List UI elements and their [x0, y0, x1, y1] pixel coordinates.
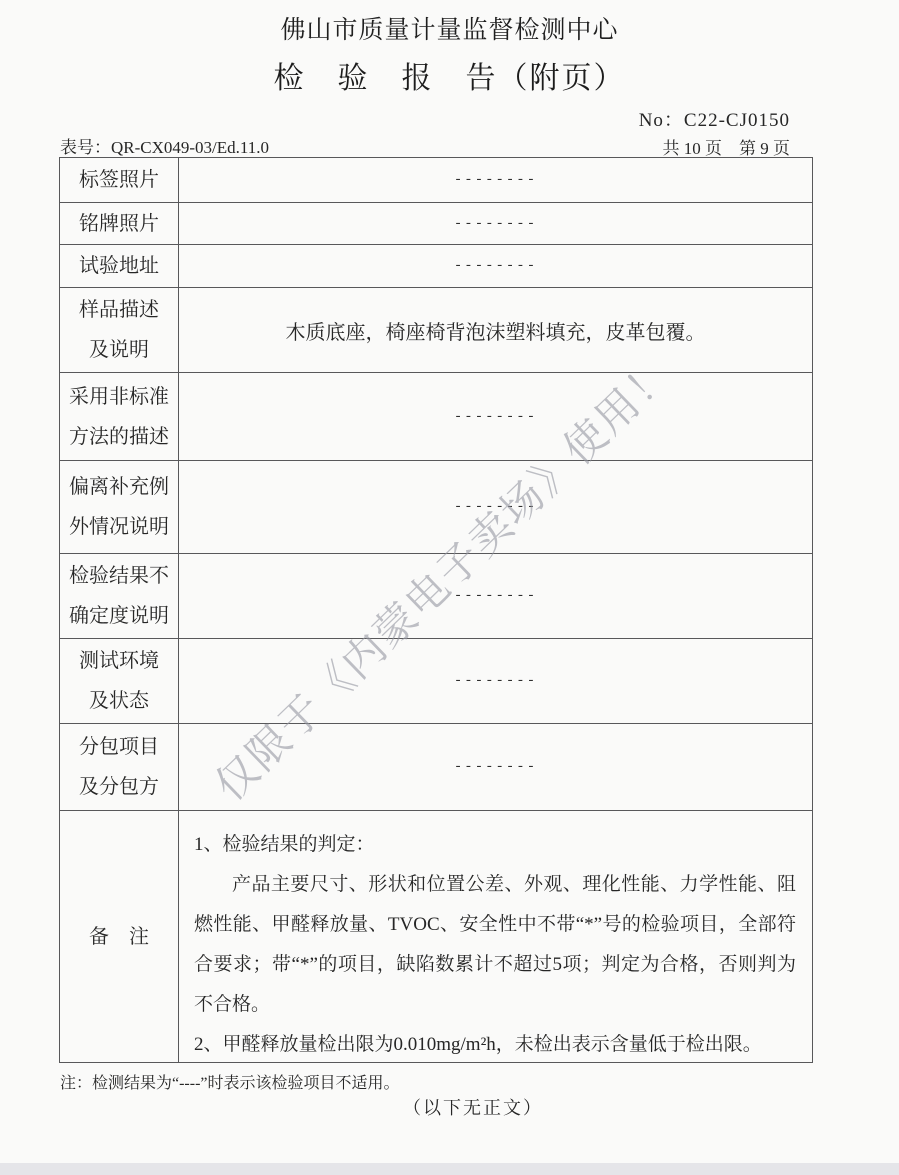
row-value: --------	[454, 216, 537, 232]
row-value-cell: 木质底座，椅座椅背泡沫塑料填充，皮革包覆。	[179, 288, 812, 372]
table-row-test-address: 试验地址 --------	[60, 244, 812, 287]
row-value: --------	[454, 258, 537, 274]
row-value: --------	[454, 673, 537, 689]
report-page: 佛山市质量计量监督检测中心 检 验 报 告（附页） No：C22-CJ0150 …	[0, 0, 899, 1175]
table-row-deviation-note: 偏离补充例 外情况说明 --------	[60, 460, 812, 553]
row-label: 标签照片	[60, 158, 179, 202]
row-label: 分包项目 及分包方	[60, 724, 179, 810]
table-row-nonstandard-method: 采用非标准 方法的描述 --------	[60, 372, 812, 460]
row-value: --------	[454, 499, 537, 515]
row-value-cell: --------	[179, 554, 812, 638]
row-value-cell: --------	[179, 158, 812, 202]
org-name: 佛山市质量计量监督检测中心	[0, 10, 899, 46]
row-label: 测试环境 及状态	[60, 639, 179, 723]
remarks-paragraph: 2、甲醛释放量检出限为0.010mg/m²h，未检出表示含量低于检出限。	[194, 1025, 796, 1062]
info-table: 标签照片 -------- 铭牌照片 -------- 试验地址 -------…	[59, 157, 813, 1063]
row-value-cell: --------	[179, 639, 812, 723]
row-label: 检验结果不 确定度说明	[60, 554, 179, 638]
table-row-test-environment: 测试环境 及状态 --------	[60, 638, 812, 723]
footnote: 注：检测结果为“----”时表示该检验项目不适用。	[60, 1070, 400, 1093]
row-value-cell: --------	[179, 203, 812, 244]
row-value: --------	[454, 759, 537, 775]
table-row-label-photo: 标签照片 --------	[60, 158, 812, 202]
row-label: 偏离补充例 外情况说明	[60, 461, 179, 553]
table-row-remarks: 备 注 1、检验结果的判定： 产品主要尺寸、形状和位置公差、外观、理化性能、力学…	[60, 810, 812, 1062]
row-label: 铭牌照片	[60, 203, 179, 244]
remarks-paragraph: 1、检验结果的判定：	[194, 825, 796, 865]
table-row-subcontract: 分包项目 及分包方 --------	[60, 723, 812, 810]
row-value: 木质底座，椅座椅背泡沫塑料填充，皮革包覆。	[286, 316, 706, 345]
form-number: 表号：QR-CX049-03/Ed.11.0	[60, 133, 269, 158]
row-label: 样品描述 及说明	[60, 288, 179, 372]
row-value: --------	[454, 409, 537, 425]
remarks-label: 备 注	[60, 811, 179, 1062]
row-label: 采用非标准 方法的描述	[60, 373, 179, 460]
remarks-paragraph: 产品主要尺寸、形状和位置公差、外观、理化性能、力学性能、阻燃性能、甲醛释放量、T…	[194, 865, 796, 1025]
row-value: --------	[454, 588, 537, 604]
page-indicator: 共 10 页 第 9 页	[663, 134, 791, 159]
remarks-body: 1、检验结果的判定： 产品主要尺寸、形状和位置公差、外观、理化性能、力学性能、阻…	[179, 811, 812, 1062]
report-number: No：C22-CJ0150	[639, 105, 790, 132]
table-row-uncertainty-note: 检验结果不 确定度说明 --------	[60, 553, 812, 638]
report-title: 检 验 报 告（附页）	[0, 53, 899, 97]
table-row-sample-description: 样品描述 及说明 木质底座，椅座椅背泡沫塑料填充，皮革包覆。	[60, 287, 812, 372]
scan-edge-band	[0, 1163, 899, 1175]
row-value-cell: --------	[179, 245, 812, 287]
row-value-cell: --------	[179, 373, 812, 460]
row-value-cell: --------	[179, 461, 812, 553]
row-value: --------	[454, 172, 537, 188]
table-row-nameplate-photo: 铭牌照片 --------	[60, 202, 812, 244]
row-value-cell: --------	[179, 724, 812, 810]
end-of-document-text: （以下无正文）	[0, 1094, 899, 1120]
row-label: 试验地址	[60, 245, 179, 287]
